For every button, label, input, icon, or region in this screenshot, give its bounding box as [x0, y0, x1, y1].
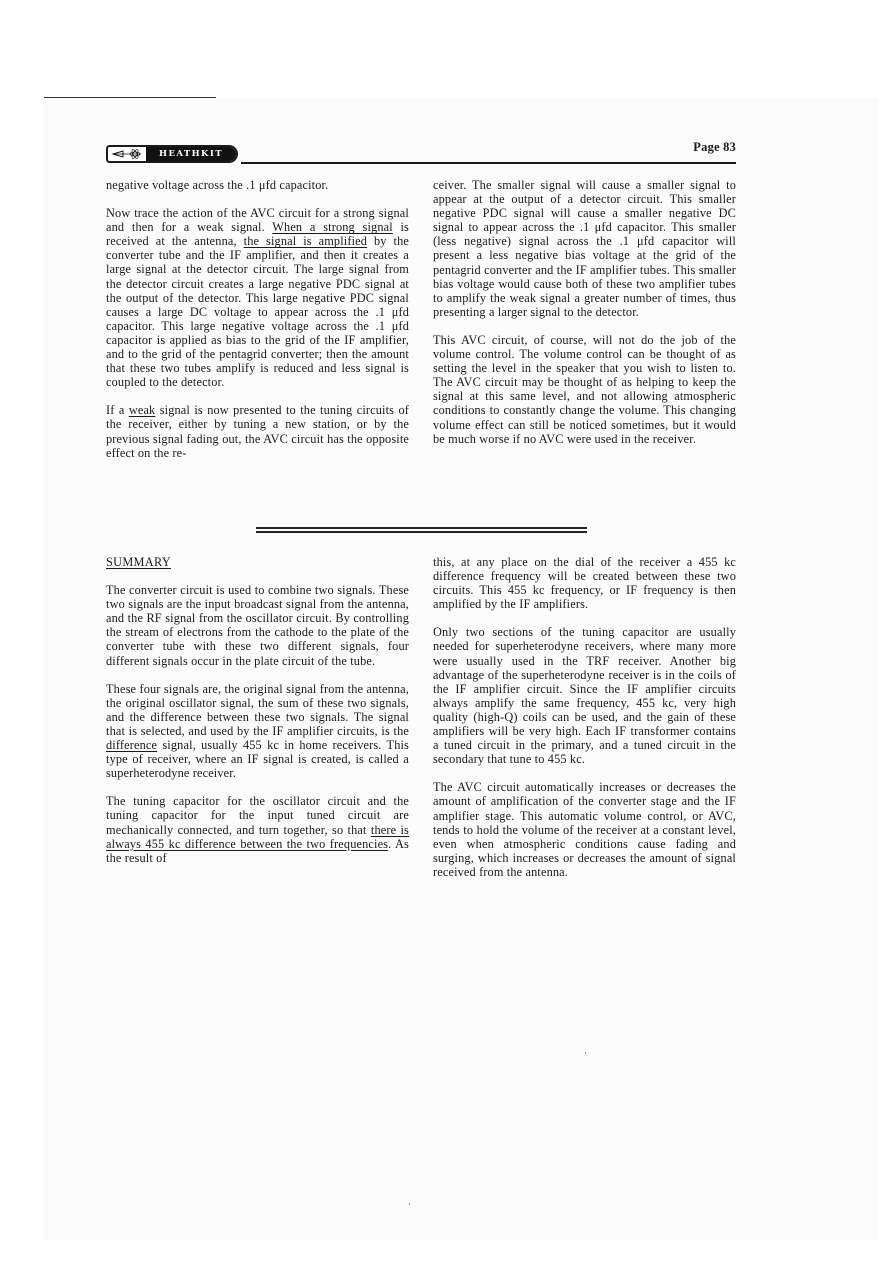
paragraph: This AVC circuit, of course, will not do…	[433, 333, 736, 446]
text-run: If a	[106, 403, 129, 417]
header-rule	[241, 162, 736, 164]
atom-emblem-icon	[108, 147, 146, 161]
text-run: This AVC circuit, of course, will not do…	[433, 333, 736, 446]
text-run: ceiver. The smaller signal will cause a …	[433, 178, 736, 319]
text-run: These four signals are, the original sig…	[106, 682, 409, 738]
text-run: by the converter tube and the IF amplifi…	[106, 234, 409, 389]
page-header: HEATHKIT Page 83	[106, 140, 736, 164]
section1-right-column: ceiver. The smaller signal will cause a …	[433, 178, 736, 446]
summary-right-column: this, at any place on the dial of the re…	[433, 555, 736, 879]
underlined-emphasis: the signal is amplified	[244, 234, 367, 248]
underlined-emphasis: When a strong signal	[272, 220, 393, 234]
paragraph: The converter circuit is used to combine…	[106, 583, 409, 668]
underlined-emphasis: weak	[129, 403, 156, 417]
text-run: The converter circuit is used to combine…	[106, 583, 409, 667]
underlined-emphasis: difference	[106, 738, 157, 752]
text-run: this, at any place on the dial of the re…	[433, 555, 736, 611]
paragraph: If a weak signal is now presented to the…	[106, 403, 409, 459]
text-run: The tuning capacitor for the oscillator …	[106, 794, 409, 836]
summary-left-column: SUMMARY The converter circuit is used to…	[106, 555, 409, 865]
paragraph: Only two sections of the tuning capacito…	[433, 625, 736, 766]
heathkit-logo: HEATHKIT	[106, 145, 238, 163]
section1-left-column: negative voltage across the .1 μfd capac…	[106, 178, 409, 460]
page-number: Page 83	[693, 140, 736, 155]
text-run: Only two sections of the tuning capacito…	[433, 625, 736, 766]
paragraph: ceiver. The smaller signal will cause a …	[433, 178, 736, 319]
scan-speck	[409, 1203, 410, 1205]
text-run: The AVC circuit automatically increases …	[433, 780, 736, 879]
paragraph: negative voltage across the .1 μfd capac…	[106, 178, 409, 192]
paragraph: The tuning capacitor for the oscillator …	[106, 794, 409, 864]
paragraph: These four signals are, the original sig…	[106, 682, 409, 781]
paragraph: this, at any place on the dial of the re…	[433, 555, 736, 611]
paragraph: The AVC circuit automatically increases …	[433, 780, 736, 879]
summary-heading: SUMMARY	[106, 555, 409, 569]
brand-wordmark: HEATHKIT	[146, 147, 236, 161]
paragraph: Now trace the action of the AVC circuit …	[106, 206, 409, 389]
summary-left-paragraphs: The converter circuit is used to combine…	[106, 583, 409, 865]
scan-edge-rule	[44, 97, 216, 98]
section-divider	[256, 527, 587, 533]
scan-speck	[585, 1052, 586, 1054]
text-run: negative voltage across the .1 μfd capac…	[106, 178, 328, 192]
